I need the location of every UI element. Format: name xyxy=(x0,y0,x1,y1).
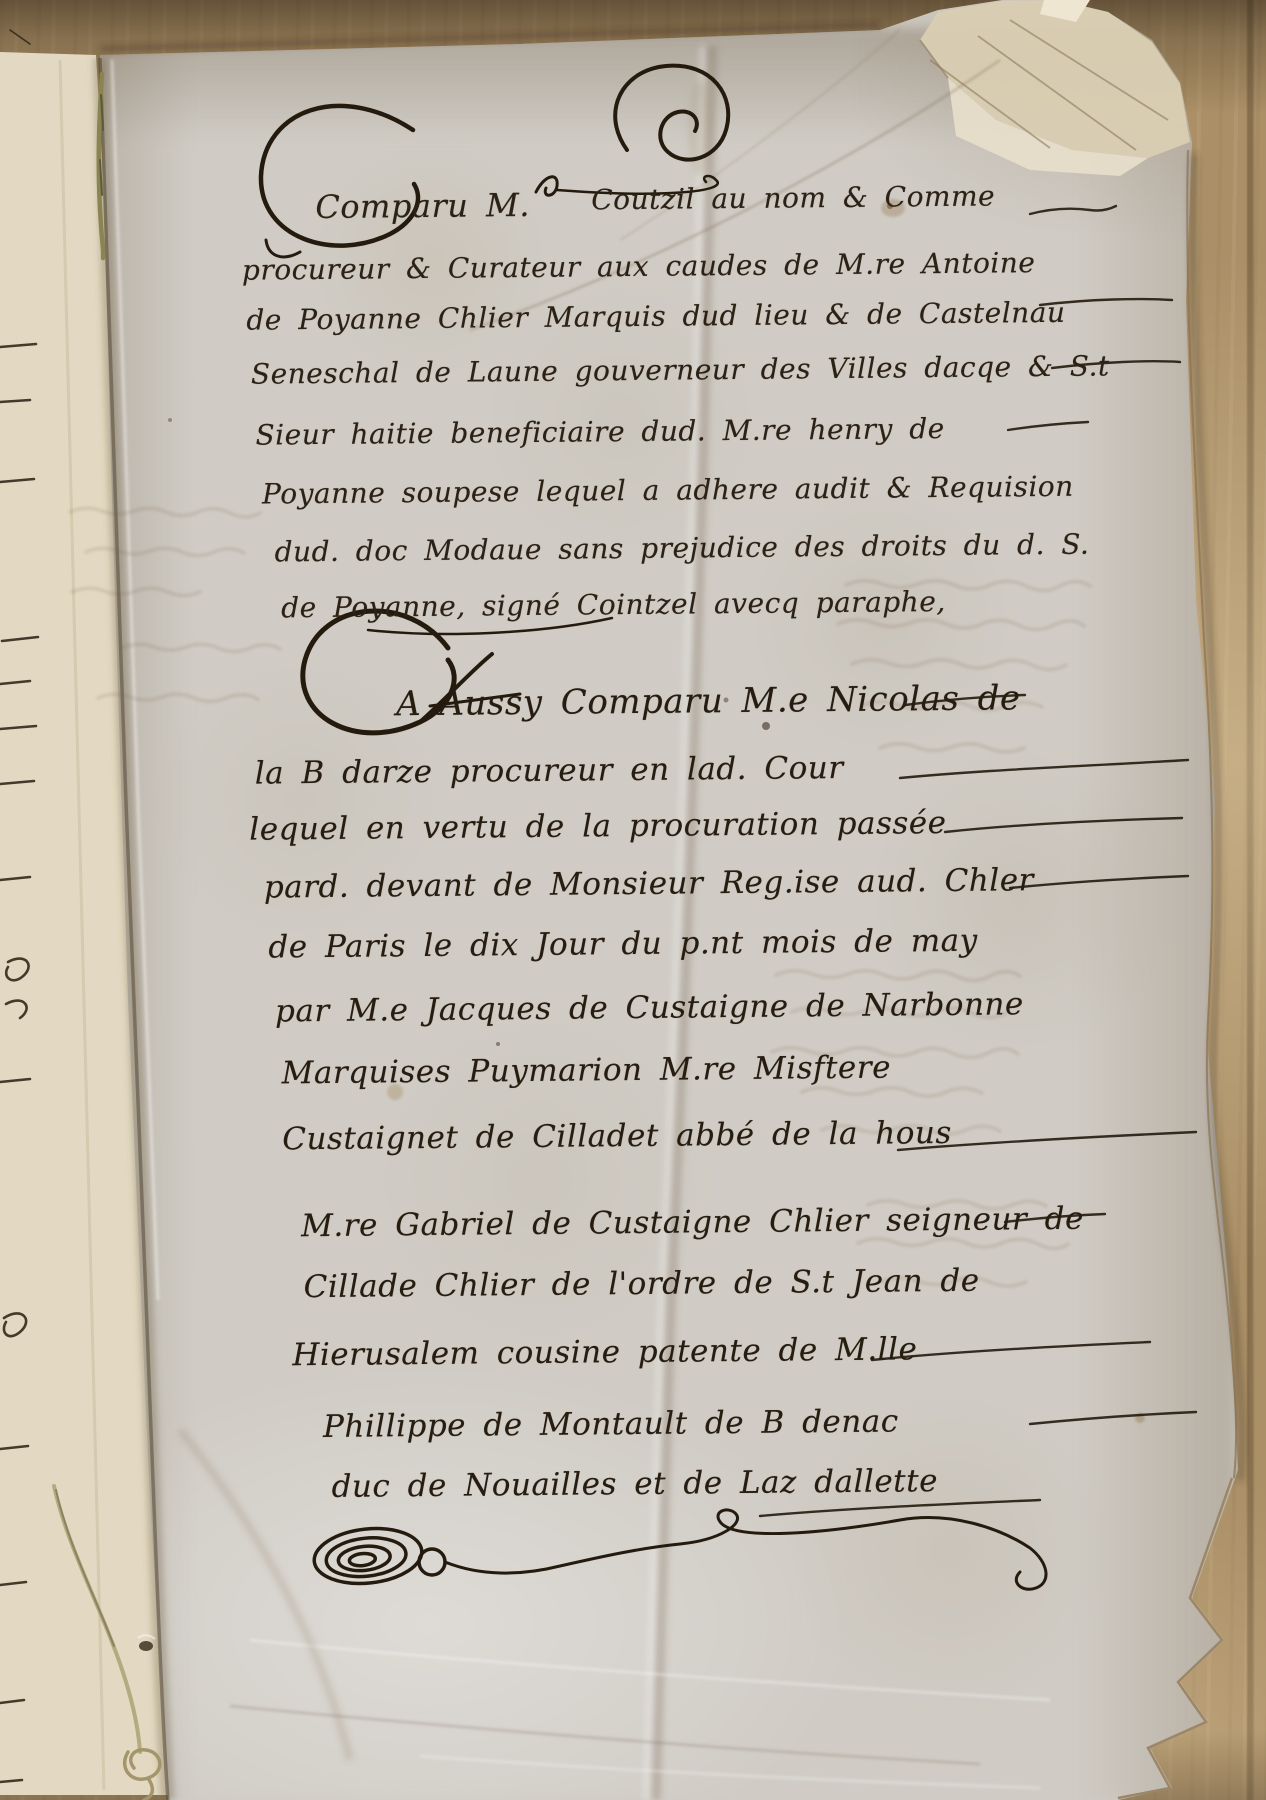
manuscript-line: la B darze procureur en lad. Cour xyxy=(255,750,844,792)
handwritten-text: Comparu M. Coutzil au nom & Comme procur… xyxy=(0,0,1266,1800)
manuscript-line: Custaignet de Cilladet abbé de la hous xyxy=(282,1115,952,1157)
manuscript-line: Phillippe de Montault de B denac xyxy=(323,1403,899,1445)
manuscript-line: de Paris le dix Jour du p.nt mois de may xyxy=(268,923,978,966)
manuscript-line: Hierusalem cousine patente de M.lle xyxy=(292,1331,917,1373)
manuscript-line: Marquises Puymarion M.re Misftere xyxy=(281,1050,891,1092)
manuscript-line: Sieur haitie beneficiaire dud. M.re henr… xyxy=(255,412,945,452)
manuscript-line: duc de Nouailles et de Laz dallette xyxy=(331,1463,938,1505)
manuscript-line: M.re Gabriel de Custaigne Chlier seigneu… xyxy=(301,1201,1084,1245)
manuscript-line: dud. doc Modaue sans prejudice des droit… xyxy=(274,528,1089,569)
manuscript-line: A Aussy Comparu M.e Nicolas de xyxy=(396,678,1021,724)
manuscript-line: par M.e Jacques de Custaigne de Narbonne xyxy=(275,986,1024,1029)
manuscript-line: Seneschal de Laune gouverneur des Villes… xyxy=(251,349,1110,390)
manuscript-line: Cillade Chlier de l'ordre de S.t Jean de xyxy=(304,1263,980,1305)
manuscript-line: procureur & Curateur aux caudes de M.re … xyxy=(242,246,1036,287)
manuscript-line: de Poyanne, signé Cointzel avecq paraphe… xyxy=(281,585,946,624)
manuscript-line: de Poyanne Chlier Marquis dud lieu & de … xyxy=(246,296,1065,337)
manuscript-line: Poyanne soupese lequel a adhere audit & … xyxy=(262,470,1074,511)
manuscript-line: Coutzil au nom & Comme xyxy=(591,179,995,216)
manuscript-line: Comparu M. xyxy=(315,186,530,226)
manuscript-line: pard. devant de Monsieur Reg.ise aud. Ch… xyxy=(264,862,1034,905)
manuscript-line: lequel en vertu de la procuration passée xyxy=(249,805,947,848)
manuscript-photo: Comparu M. Coutzil au nom & Comme procur… xyxy=(0,0,1266,1800)
